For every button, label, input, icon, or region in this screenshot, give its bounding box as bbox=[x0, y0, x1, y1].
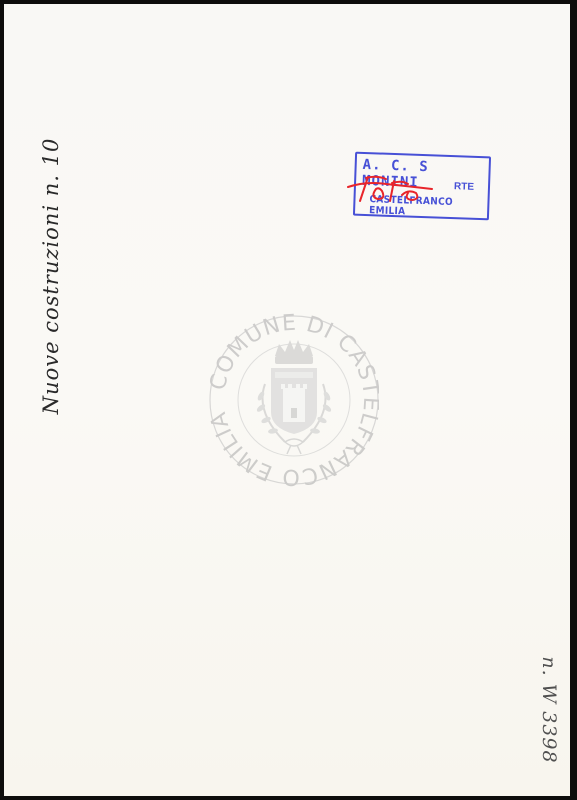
photo-back-paper: Nuove costruzioni n. 10 n. W 3398 A. C. … bbox=[4, 4, 570, 796]
stamp-rte: RTE bbox=[454, 181, 474, 193]
red-signature-icon bbox=[346, 167, 436, 207]
municipal-seal-watermark: COMUNE DI CASTELFRANCO EMILIA bbox=[209, 312, 379, 487]
handwritten-archive-number: n. W 3398 bbox=[538, 656, 560, 763]
handwritten-note: Nuove costruzioni n. 10 bbox=[39, 138, 63, 415]
